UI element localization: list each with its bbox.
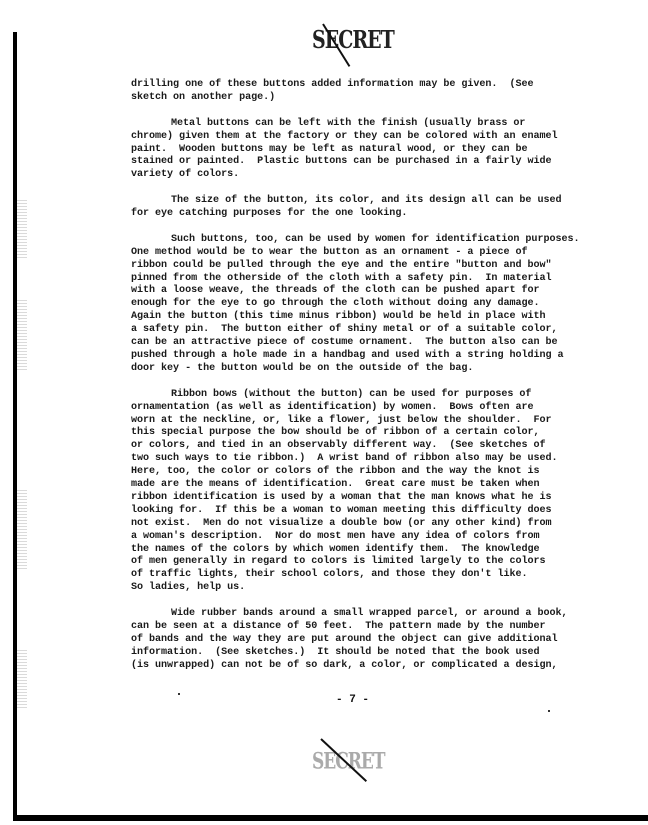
- text-line: pushed through a hole made in a handbag …: [131, 350, 611, 363]
- text-line: of bands and the way they are put around…: [131, 634, 611, 647]
- text-line: can be seen at a distance of 50 feet. Th…: [131, 621, 611, 634]
- text-line: So ladies, help us.: [131, 582, 611, 595]
- text-line: for eye catching purposes for the one lo…: [131, 208, 611, 221]
- text-line: sketch on another page.): [131, 92, 611, 105]
- scan-noise: [17, 300, 27, 370]
- classification-stamp-bottom: SECRET: [312, 749, 385, 775]
- paragraph: drilling one of these buttons added info…: [131, 79, 611, 105]
- text-line: chrome) given them at the factory or the…: [131, 131, 611, 144]
- text-line: the names of the colors by which women i…: [131, 544, 611, 557]
- text-line: Metal buttons can be left with the finis…: [131, 118, 611, 131]
- text-line: stained or painted. Plastic buttons can …: [131, 156, 611, 169]
- text-line: not exist. Men do not visualize a double…: [131, 518, 611, 531]
- scan-noise: [17, 200, 27, 260]
- text-line: a woman's description. Nor do most men h…: [131, 531, 611, 544]
- text-line: this special purpose the bow should be o…: [131, 427, 611, 440]
- text-line: of traffic lights, their school colors, …: [131, 569, 611, 582]
- document-page: SECRET drilling one of these buttons add…: [0, 0, 648, 825]
- text-line: information. (See sketches.) It should b…: [131, 647, 611, 660]
- page-number: - 7 -: [336, 694, 369, 706]
- text-line: with a loose weave, the threads of the c…: [131, 285, 611, 298]
- text-line: door key - the button would be on the ou…: [131, 363, 611, 376]
- text-line: Wide rubber bands around a small wrapped…: [131, 608, 611, 621]
- scan-speck: [178, 693, 180, 695]
- text-line: can be an attractive piece of costume or…: [131, 337, 611, 350]
- text-line: a safety pin. The button either of shiny…: [131, 324, 611, 337]
- text-line: Such buttons, too, can be used by women …: [131, 234, 611, 247]
- text-line: Here, too, the color or colors of the ri…: [131, 466, 611, 479]
- paragraph: Ribbon bows (without the button) can be …: [131, 389, 611, 596]
- text-line: drilling one of these buttons added info…: [131, 79, 611, 92]
- document-body: drilling one of these buttons added info…: [131, 79, 611, 686]
- text-line: made are the means of identification. Gr…: [131, 479, 611, 492]
- text-line: variety of colors.: [131, 169, 611, 182]
- text-line: enough for the eye to go through the clo…: [131, 298, 611, 311]
- text-line: ornamentation (as well as identification…: [131, 402, 611, 415]
- text-line: ribbon identification is used by a woman…: [131, 492, 611, 505]
- text-line: One method would be to wear the button a…: [131, 247, 611, 260]
- text-line: ribbon could be pulled through the eye a…: [131, 260, 611, 273]
- text-line: of men generally in regard to colors is …: [131, 556, 611, 569]
- text-line: pinned from the otherside of the cloth w…: [131, 273, 611, 286]
- classification-stamp-top: SECRET: [312, 26, 394, 55]
- scan-speck: [548, 710, 550, 712]
- text-line: The size of the button, its color, and i…: [131, 195, 611, 208]
- text-line: looking for. If this be a woman to woman…: [131, 505, 611, 518]
- paragraph: The size of the button, its color, and i…: [131, 195, 611, 221]
- scan-noise: [17, 490, 27, 570]
- text-line: or colors, and tied in an observably dif…: [131, 440, 611, 453]
- paragraph: Metal buttons can be left with the finis…: [131, 118, 611, 183]
- paragraph: Wide rubber bands around a small wrapped…: [131, 608, 611, 673]
- text-line: two such ways to tie ribbon.) A wrist ba…: [131, 453, 611, 466]
- scan-bottom-border: [13, 815, 648, 821]
- scan-noise: [17, 650, 27, 710]
- text-line: worn at the neckline, or, like a flower,…: [131, 415, 611, 428]
- text-line: Ribbon bows (without the button) can be …: [131, 389, 611, 402]
- text-line: (is unwrapped) can not be of so dark, a …: [131, 660, 611, 673]
- paragraph: Such buttons, too, can be used by women …: [131, 234, 611, 376]
- text-line: Again the button (this time minus ribbon…: [131, 311, 611, 324]
- text-line: paint. Wooden buttons may be left as nat…: [131, 144, 611, 157]
